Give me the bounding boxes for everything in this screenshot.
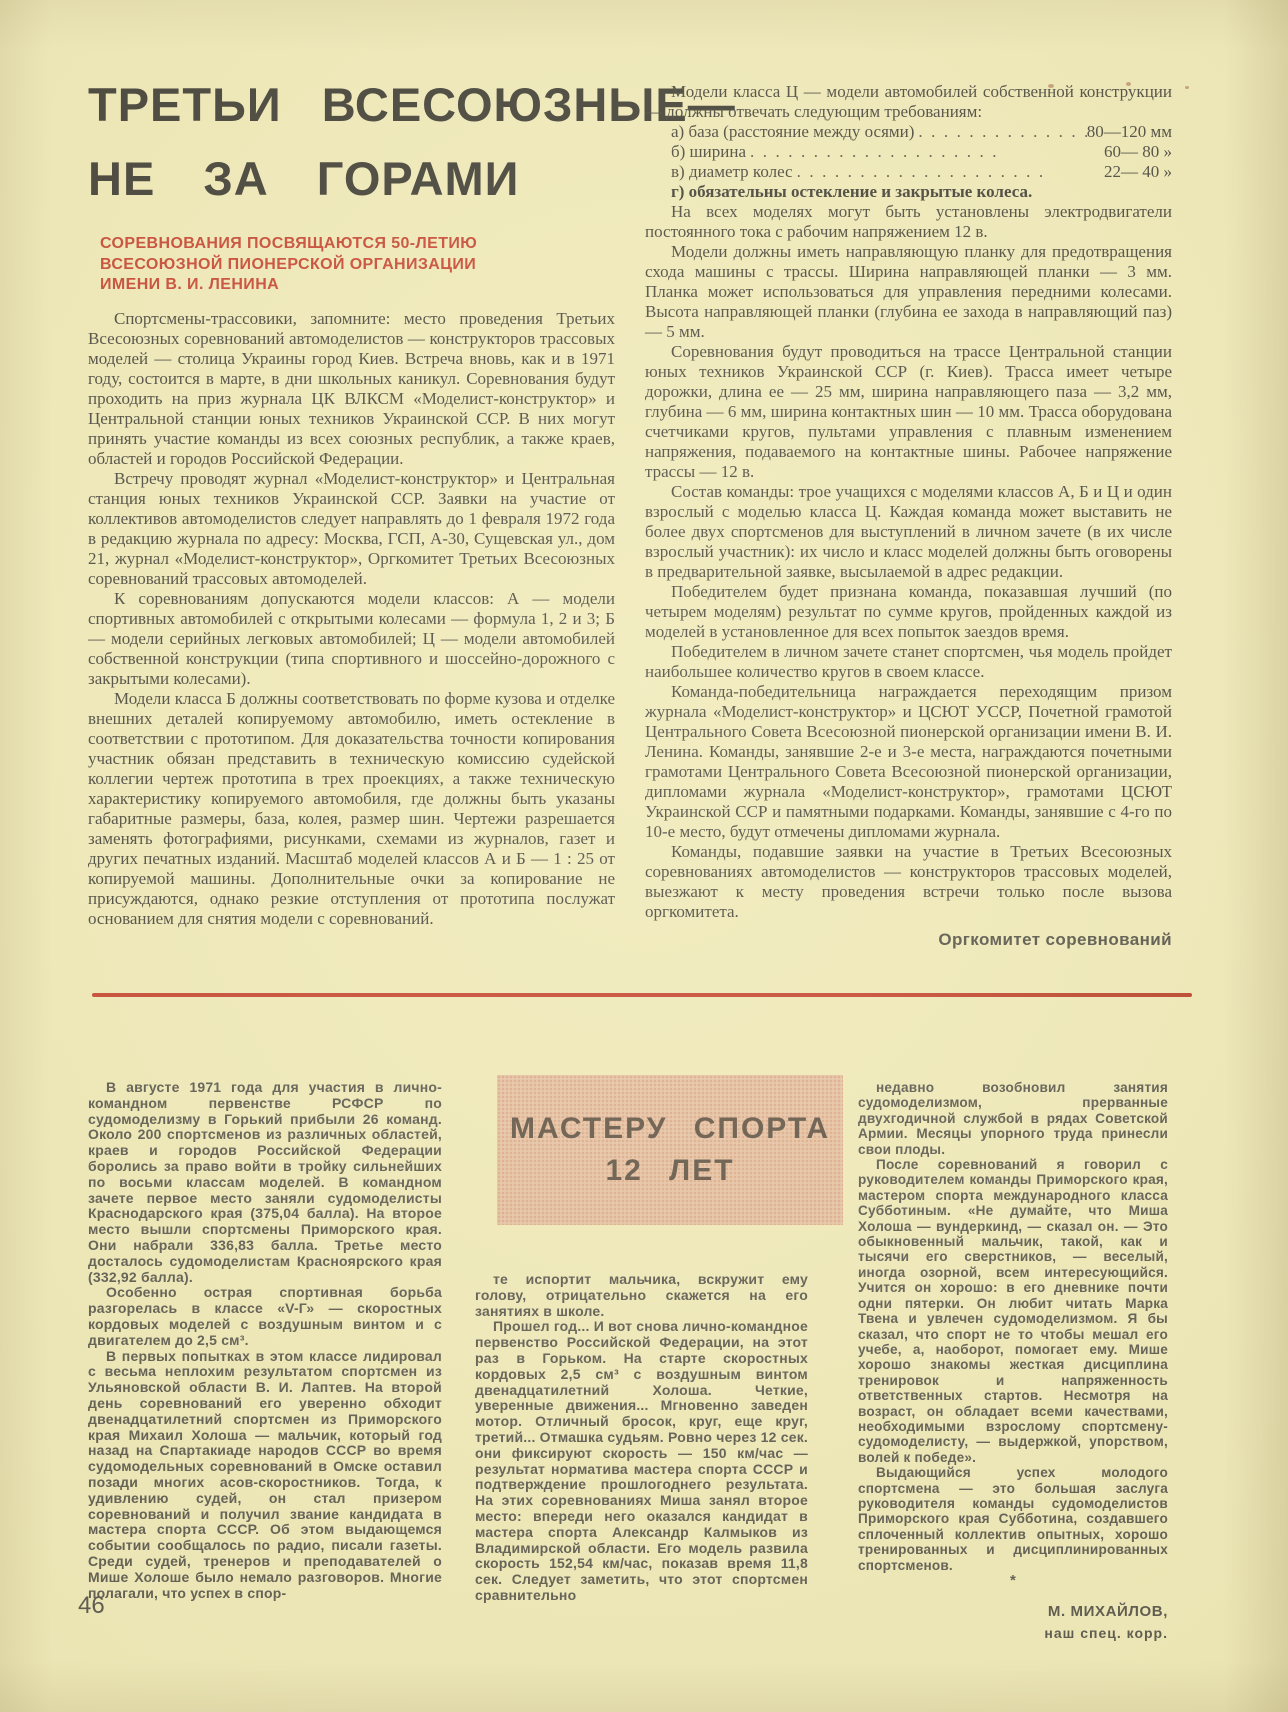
spec-value: 60— 80 » (1104, 142, 1172, 162)
paragraph: Встречу проводят журнал «Моделист-констр… (88, 469, 615, 589)
paragraph: Выдающийся успех молодого спортсмена — э… (858, 1465, 1168, 1573)
paragraph: Спортсмены-трассовики, запомните: место … (88, 309, 615, 469)
paragraph: Победителем в личном зачете станет спорт… (645, 642, 1172, 682)
article2-column-3-body: недавно возобновил занятия судомоделизмо… (858, 1080, 1168, 1573)
paragraph: К соревнованиям допускаются модели класс… (88, 589, 615, 689)
dot-leader (793, 162, 1104, 182)
spec-note-bold: г) обязательны остекление и закрытые кол… (645, 182, 1172, 202)
spec-value: 22— 40 » (1104, 162, 1172, 182)
article2-column-1: В августе 1971 года для участия в лично-… (88, 1080, 442, 1601)
paper-speck (1126, 82, 1131, 86)
spec-row: а) база (расстояние между осями) 80—120 … (645, 122, 1172, 142)
article1-left-body: Спортсмены-трассовики, запомните: место … (88, 309, 615, 929)
article1-title-line1: ТРЕТЬИ ВСЕСОЮЗНЫЕ— (88, 68, 615, 142)
article1-subtitle-line: ВСЕСОЮЗНОЙ ПИОНЕРСКОЙ ОРГАНИЗАЦИИ (100, 255, 615, 276)
article1-left-column: ТРЕТЬИ ВСЕСОЮЗНЫЕ— НЕ ЗА ГОРАМИ СОРЕВНОВ… (88, 68, 615, 929)
paragraph: Модели класса Б должны соответствовать п… (88, 689, 615, 929)
section-divider-rule (92, 993, 1192, 997)
paragraph: Прошел год... И вот снова лично-командно… (475, 1319, 808, 1603)
paragraph: Особенно острая спортивная борьба разгор… (88, 1285, 442, 1348)
spec-label: б) ширина (645, 142, 746, 162)
paper-speck (1185, 86, 1189, 89)
article2-column-2: те испортит мальчика, вскружит ему голов… (475, 1272, 808, 1604)
spec-value: 80—120 мм (1087, 122, 1172, 142)
article1-signature: Оргкомитет соревнований (645, 930, 1172, 950)
paragraph: Команда-победительница награждается пере… (645, 682, 1172, 842)
author-role: наш спец. корр. (858, 1626, 1168, 1641)
asterisk-separator: * (858, 1573, 1168, 1588)
article1-right-column: Модели класса Ц — модели автомобилей соб… (645, 82, 1172, 950)
paragraph: Соревнования будут проводиться на трассе… (645, 342, 1172, 482)
dot-leader (914, 122, 1086, 142)
article1-subtitle: СОРЕВНОВАНИЯ ПОСВЯЩАЮТСЯ 50-ЛЕТИЮВСЕСОЮЗ… (88, 234, 615, 296)
spec-row: б) ширина 60— 80 » (645, 142, 1172, 162)
article2-signature: М. МИХАЙЛОВ, наш спец. корр. (858, 1604, 1168, 1641)
paragraph: Модели должны иметь направляющую планку … (645, 242, 1172, 342)
spec-label: в) диаметр колес (645, 162, 793, 182)
paragraph: В первых попытках в этом классе лидирова… (88, 1349, 442, 1602)
author-name: М. МИХАЙЛОВ, (858, 1604, 1168, 1619)
paragraph: После соревнований я говорил с руководит… (858, 1157, 1168, 1465)
article1-title: ТРЕТЬИ ВСЕСОЮЗНЫЕ— НЕ ЗА ГОРАМИ (88, 68, 615, 216)
paragraph: Победителем будет признана команда, пока… (645, 582, 1172, 642)
spec-label: а) база (расстояние между осями) (645, 122, 914, 142)
paragraph: те испортит мальчика, вскружит ему голов… (475, 1272, 808, 1319)
article1-subtitle-line: СОРЕВНОВАНИЯ ПОСВЯЩАЮТСЯ 50-ЛЕТИЮ (100, 234, 615, 255)
page-number: 46 (78, 1592, 105, 1620)
article1-title-line2: НЕ ЗА ГОРАМИ (88, 142, 615, 216)
spec-row: в) диаметр колес 22— 40 » (645, 162, 1172, 182)
article2-column-3: недавно возобновил занятия судомоделизмо… (858, 1080, 1168, 1641)
article1-right-body: На всех моделях могут быть установлены э… (645, 202, 1172, 922)
article2-title-line2: 12 ЛЕТ (605, 1154, 734, 1188)
article1-spec-list: а) база (расстояние между осями) 80—120 … (645, 122, 1172, 182)
article2-title-line1: МАСТЕРУ СПОРТА (510, 1112, 830, 1146)
paragraph: Состав команды: трое учащихся с моделями… (645, 482, 1172, 582)
paragraph: В августе 1971 года для участия в лично-… (88, 1080, 442, 1285)
paragraph: На всех моделях могут быть установлены э… (645, 202, 1172, 242)
paragraph: Модели класса Ц — модели автомобилей соб… (645, 82, 1172, 122)
paragraph: недавно возобновил занятия судомоделизмо… (858, 1080, 1168, 1157)
paragraph: Команды, подавшие заявки на участие в Тр… (645, 842, 1172, 922)
magazine-page: ТРЕТЬИ ВСЕСОЮЗНЫЕ— НЕ ЗА ГОРАМИ СОРЕВНОВ… (0, 0, 1288, 1712)
article1-subtitle-line: ИМЕНИ В. И. ЛЕНИНА (100, 275, 615, 296)
article2-title-box: МАСТЕРУ СПОРТА 12 ЛЕТ (497, 1075, 843, 1225)
dot-leader (746, 142, 1104, 162)
paper-speck (1048, 84, 1054, 88)
article1-right-intro: Модели класса Ц — модели автомобилей соб… (645, 82, 1172, 122)
